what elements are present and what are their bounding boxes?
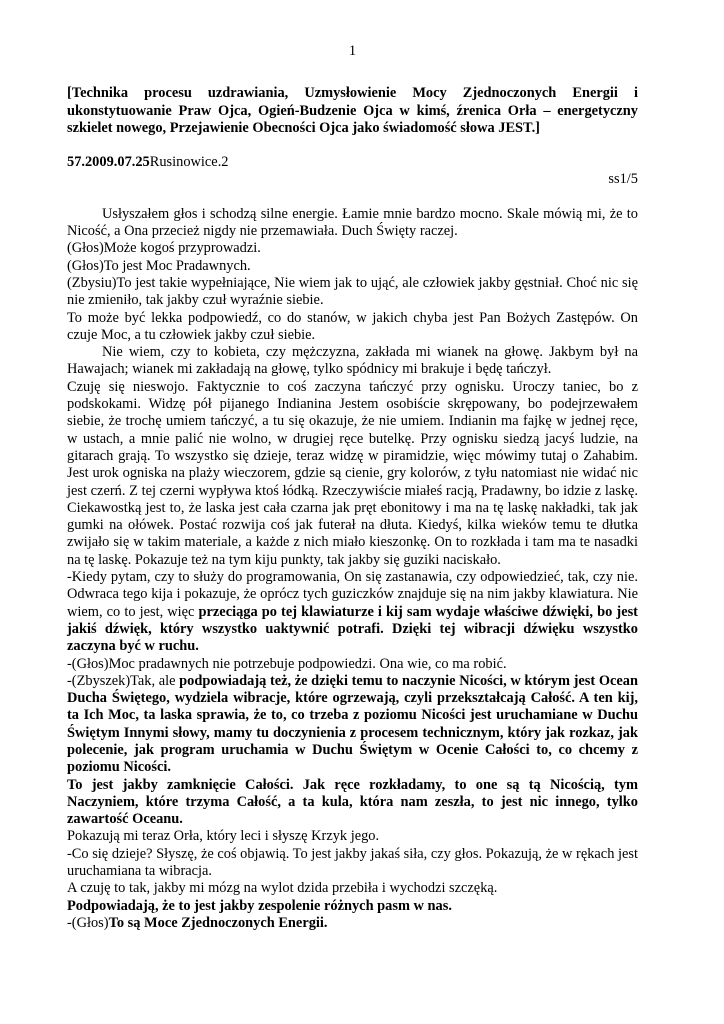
- paragraph: To może być lekka podpowiedź, co do stan…: [67, 310, 638, 345]
- text-run: Usłyszałem głos i schodzą silne energie.…: [67, 206, 638, 239]
- paragraph: (Głos)Może kogoś przyprowadzi.: [67, 240, 638, 257]
- session-reference-location: Rusinowice.2: [150, 154, 229, 170]
- text-run: (Głos)To jest Moc Pradawnych.: [67, 258, 251, 274]
- text-run: -Co się dzieje? Słyszę, że coś objawią. …: [67, 846, 638, 879]
- paragraph: Podpowiadają, że to jest jakby zespoleni…: [67, 898, 638, 915]
- text-run: To może być lekka podpowiedź, co do stan…: [67, 310, 638, 343]
- paragraph: A czuję to tak, jakby mi mózg na wylot d…: [67, 880, 638, 897]
- page-reference: ss1/5: [67, 171, 638, 188]
- page-number: 1: [67, 43, 638, 60]
- paragraph: Nie wiem, czy to kobieta, czy mężczyzna,…: [67, 344, 638, 379]
- session-reference-number: 57.2009.07.25: [67, 154, 150, 170]
- paragraph: -(Głos)To są Moce Zjednoczonych Energii.: [67, 915, 638, 932]
- text-run: (Głos)Może kogoś przyprowadzi.: [67, 240, 261, 256]
- bold-text-run: Podpowiadają, że to jest jakby zespoleni…: [67, 898, 452, 914]
- text-run: -(Zbyszek)Tak, ale: [67, 673, 179, 689]
- paragraph: Usłyszałem głos i schodzą silne energie.…: [67, 206, 638, 241]
- text-run: -(Głos): [67, 915, 109, 931]
- paragraph: To jest jakby zamknięcie Całości. Jak rę…: [67, 777, 638, 829]
- text-run: Nie wiem, czy to kobieta, czy mężczyzna,…: [67, 344, 638, 377]
- bold-text-run: To jest jakby zamknięcie Całości. Jak rę…: [67, 777, 638, 828]
- paragraph: Pokazują mi teraz Orła, który leci i sły…: [67, 828, 638, 845]
- text-run: Pokazują mi teraz Orła, który leci i sły…: [67, 828, 379, 844]
- paragraph: -(Zbyszek)Tak, ale podpowiadają też, że …: [67, 673, 638, 777]
- session-reference: 57.2009.07.25Rusinowice.2: [67, 154, 638, 171]
- paragraph: (Zbysiu)To jest takie wypełniające, Nie …: [67, 275, 638, 310]
- text-run: -(Głos)Moc pradawnych nie potrzebuje pod…: [67, 656, 507, 672]
- paragraph: -Co się dzieje? Słyszę, że coś objawią. …: [67, 846, 638, 881]
- paragraph: Czuję się nieswojo. Faktycznie to coś za…: [67, 379, 638, 569]
- text-run: A czuję to tak, jakby mi mózg na wylot d…: [67, 880, 497, 896]
- document-page: 1 [Technika procesu uzdrawiania, Uzmysło…: [0, 0, 724, 1024]
- text-run: Czuję się nieswojo. Faktycznie to coś za…: [67, 379, 638, 568]
- paragraph: -(Głos)Moc pradawnych nie potrzebuje pod…: [67, 656, 638, 673]
- paragraph: (Głos)To jest Moc Pradawnych.: [67, 258, 638, 275]
- text-run: (Zbysiu)To jest takie wypełniające, Nie …: [67, 275, 638, 308]
- document-title: [Technika procesu uzdrawiania, Uzmysłowi…: [67, 85, 638, 137]
- page-content: 1 [Technika procesu uzdrawiania, Uzmysło…: [67, 0, 638, 932]
- bold-text-run: To są Moce Zjednoczonych Energii.: [109, 915, 328, 931]
- paragraph: -Kiedy pytam, czy to służy do programowa…: [67, 569, 638, 655]
- document-body: Usłyszałem głos i schodzą silne energie.…: [67, 206, 638, 932]
